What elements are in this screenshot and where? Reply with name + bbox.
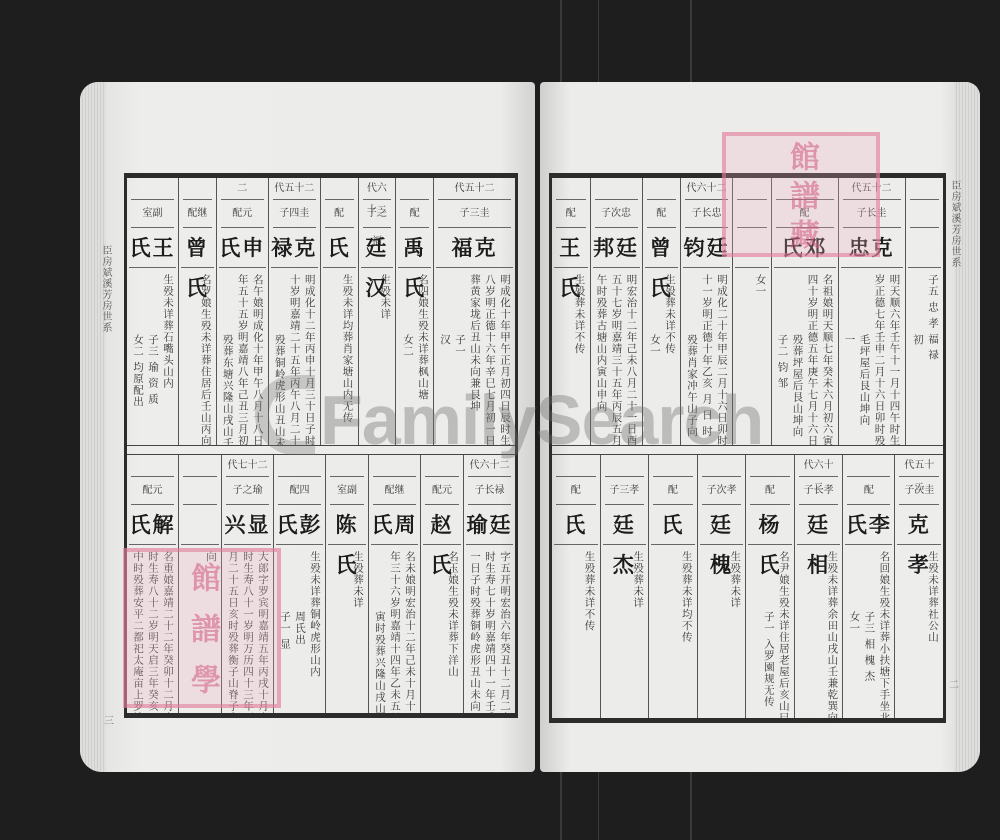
person-name: 显兴 bbox=[224, 505, 271, 545]
relation-label: 配 bbox=[556, 477, 596, 505]
relation-label bbox=[183, 477, 217, 505]
biography-line: 十一岁明正德十年乙亥 月 日 时 bbox=[700, 274, 713, 439]
relation-label: 配元 bbox=[425, 477, 459, 505]
biography-text: 字五开明宏治六年癸丑十二月二十一日辰时生寿七十岁明嘉靖四十一年壬戌三月初一日子时… bbox=[464, 545, 515, 713]
right-bottom-row: 代五十二子次圭克孝生殁未详葬社公山配李氏名回娘生殁未详葬小扶塘下手坐北朝南子三 … bbox=[552, 454, 943, 718]
biography-text: 明成化十二年丙申十月三十日子时生寿七十岁明嘉靖二十五年丙午八月二十日巳时殁葬铜岭… bbox=[269, 268, 320, 445]
biography-line: 午时殁葬古塘山内寅山申向 bbox=[595, 274, 608, 439]
biography-line: 子三 瑜 资 质 bbox=[146, 334, 159, 439]
biography-line: 向 bbox=[204, 551, 217, 707]
generation-label bbox=[330, 455, 364, 477]
biography-line: 生殁葬未详不传 bbox=[583, 551, 596, 712]
left-genealogy-table: 代五十二子三圭克福明成化十年甲午正月初四日辰时生年四十八岁明正德十六年辛巳七月初… bbox=[124, 173, 518, 718]
left-page-number: 三 bbox=[104, 712, 114, 727]
relation-label: 配 bbox=[653, 477, 693, 505]
relation-label: 子次忠 bbox=[595, 200, 638, 228]
person-name: 廷邦 bbox=[593, 228, 640, 268]
genealogy-entry: 代六十二子长孝廷相生殁未详葬余田山戌山壬兼乾巽向 bbox=[794, 455, 843, 718]
genealogy-entry: 代六十二子长禄廷瑜字五开明宏治六年癸丑十二月二十一日辰时生寿七十岁明嘉靖四十一年… bbox=[463, 455, 515, 713]
relation-label: 子次圭 bbox=[899, 477, 939, 505]
biography-text: 名祖娘明天顺七年癸未六月初六寅时生年四十岁明正德五年庚午七月十六日戌时殁殁葬坪屋… bbox=[772, 268, 838, 445]
genealogy-entry: 子三孝廷杰生殁葬未详 bbox=[600, 455, 649, 718]
relation-label: 子之瑜 bbox=[226, 477, 269, 505]
generation-label: 代六十二 bbox=[685, 178, 728, 200]
biography-text: 生殁葬未详 bbox=[698, 545, 746, 718]
biography-text: 生殁葬未详不传 bbox=[552, 545, 600, 718]
generation-label: 代六十二 bbox=[363, 178, 392, 200]
person-name: 禹氏 bbox=[398, 228, 431, 268]
biography-text: 明天顺六年壬午十一月十四午时生年五十岁正德七年壬申二月十六日卯时殁葬小水毛坪屋后… bbox=[839, 268, 905, 445]
person-name: 廷瑜 bbox=[466, 505, 513, 545]
generation-label bbox=[278, 455, 321, 477]
biography-line: 生殁未详葬余田山戌山壬兼乾巽向 bbox=[825, 551, 838, 712]
generation-label bbox=[183, 178, 212, 200]
biography-text: 生殁葬未详均不传 bbox=[649, 545, 697, 718]
relation-label: 配 bbox=[400, 200, 429, 228]
biography-line: 子一 入罗園规无传 bbox=[762, 611, 775, 712]
genealogy-entry: 代五十二子三圭克福明成化十年甲午正月初四日辰时生年四十八岁明正德十六年辛巳七月初… bbox=[433, 178, 515, 445]
generation-label bbox=[702, 455, 742, 477]
generation-label bbox=[131, 455, 174, 477]
generation-label bbox=[750, 455, 790, 477]
biography-text: 女一 bbox=[733, 268, 771, 445]
genealogy-entry: 配邓氏名祖娘明天顺七年癸未六月初六寅时生年四十岁明正德五年庚午七月十六日戌时殁殁… bbox=[771, 178, 838, 445]
person-name: 杨氏 bbox=[748, 505, 792, 545]
biography-line: 字五开明宏治六年癸丑十二月二十一日辰 bbox=[498, 551, 511, 707]
generation-label: 代五十二 bbox=[438, 178, 511, 200]
relation-label: 配 bbox=[556, 200, 586, 228]
person-name bbox=[908, 228, 942, 268]
relation-label bbox=[910, 200, 940, 228]
generation-label: 代六十二 bbox=[799, 455, 839, 477]
biography-line: 岁正德七年壬申二月十六日卯时殁葬小水 bbox=[873, 274, 886, 439]
biography-line: 毛坪屋后艮山坤向 bbox=[858, 334, 871, 439]
biography-line: 子一 显 bbox=[278, 611, 291, 707]
biography-line: 殁葬东塘兴隆山戌山壬向 bbox=[221, 334, 234, 439]
biography-line: 生殁葬未详不传 bbox=[573, 274, 586, 439]
person-name: 克忠 bbox=[841, 228, 903, 268]
biography-text: 大郎字罗宾明嘉靖五年丙戌十月十八日虎时生寿八十一岁明万历四十三年丙午十二月二十五… bbox=[222, 545, 273, 713]
person-name: 赵氏 bbox=[423, 505, 461, 545]
biography-line: 女一 bbox=[847, 611, 860, 712]
biography-line: 殁葬铜岭虎形山丑山未向 bbox=[273, 334, 286, 439]
generation-label bbox=[605, 455, 645, 477]
biography-text: 明成化十年甲午正月初四日辰时生年四十八岁明正德十六年辛巳七月初一日戌时殁葬黄家垅… bbox=[434, 268, 515, 445]
biography-text: 名尹娘生殁未详住居老屋后亥山巳向子一 入罗園规无传 bbox=[746, 545, 794, 718]
generation-label: 代五十二 bbox=[843, 178, 901, 200]
biography-line: 名回娘生殁未详葬小扶塘下手坐北朝南 bbox=[877, 551, 890, 712]
biography-line: 子五 忠 孝 福 禄 bbox=[926, 274, 939, 439]
biography-line: 子一 bbox=[453, 334, 466, 439]
genealogy-entry: 代五十二子四圭克禄明成化十二年丙申十月三十日子时生寿七十岁明嘉靖二十五年丙午八月… bbox=[268, 178, 320, 445]
left-top-row: 代五十二子三圭克福明成化十年甲午正月初四日辰时生年四十八岁明正德十六年辛巳七月初… bbox=[127, 178, 515, 446]
biography-line: 生殁未详 bbox=[378, 274, 391, 439]
relation-label: 配继 bbox=[373, 477, 416, 505]
generation-label bbox=[556, 178, 586, 200]
right-top-row: 子五 忠 孝 福 禄初代五十二子长圭克忠明天顺六年壬午十一月十四午时生年五十岁正… bbox=[552, 178, 943, 446]
biography-text: 生殁未详葬铜岭虎形山内周氏出子一 显 bbox=[274, 545, 325, 713]
biography-text: 生殁葬未详不传女一 bbox=[643, 268, 681, 445]
biography-line: 明天顺六年壬午十一月十四午时生年五十 bbox=[888, 274, 901, 439]
biography-line: 生殁葬未详 bbox=[351, 551, 364, 707]
biography-line: 殁葬坪屋后艮山坤向 bbox=[791, 334, 804, 439]
biography-line: 名午娘明成化十年甲午八月十八日丑时生 bbox=[251, 274, 264, 439]
biography-line: 时生寿七十岁明嘉靖四十一年壬戌三月初 bbox=[483, 551, 496, 707]
relation-label: 子之福 bbox=[363, 200, 392, 228]
person-name: 解氏 bbox=[129, 505, 176, 545]
biography-line: 女二 bbox=[401, 334, 414, 439]
biography-text: 生殁未详葬社公山 bbox=[895, 545, 943, 718]
relation-label: 配 bbox=[647, 200, 677, 228]
biography-text: 生殁未详葬余田山戌山壬兼乾巽向 bbox=[795, 545, 843, 718]
biography-line: 明成化十年甲午正月初四日辰时生年四十 bbox=[498, 274, 511, 439]
genealogy-entry: 配继周氏名未娘明宏治十二年己未十月十五午时生年三十六岁明嘉靖十四年乙未五月十八日… bbox=[368, 455, 420, 713]
person-name bbox=[181, 505, 219, 545]
biography-line: 明成化二十年甲辰二月十六日卯时生年三 bbox=[715, 274, 728, 439]
biography-line: 生殁未详均葬肖家塘山内无传 bbox=[341, 274, 354, 439]
biography-text: 名未娘明宏治十二年己未十月十五午时生年三十六岁明嘉靖十四年乙未五月十八日寅时殁葬… bbox=[369, 545, 420, 713]
biography-text: 生殁未详葬石嘴头山内子三 瑜 资 质女二 均原配出 bbox=[127, 268, 178, 445]
biography-line: 名罗娘生殁未详葬住居后壬山丙向 bbox=[199, 274, 212, 439]
biography-text: 生殁葬未详 bbox=[326, 545, 368, 713]
biography-text: 名罗娘生殁未详葬住居后壬山丙向 bbox=[179, 268, 216, 445]
generation-label bbox=[647, 178, 677, 200]
biography-line: 年五十五岁明嘉靖八年己丑三月初五酉时 bbox=[236, 274, 249, 439]
generation-label bbox=[847, 455, 890, 477]
biography-line: 月二十五日亥时殁葬衡子山脊子穴丑山未 bbox=[226, 551, 239, 707]
biography-line: 葬黄家垅后丑山未向兼艮坤 bbox=[468, 274, 481, 439]
person-name: 廷钧 bbox=[683, 228, 730, 268]
generation-label bbox=[400, 178, 429, 200]
genealogy-entry: 配杨氏名尹娘生殁未详住居老屋后亥山巳向子一 入罗園规无传 bbox=[745, 455, 794, 718]
biography-text: 生殁未详均葬肖家塘山内无传 bbox=[321, 268, 358, 445]
person-name: 克禄 bbox=[271, 228, 318, 268]
biography-text: 生殁葬未详不传 bbox=[552, 268, 590, 445]
genealogy-entry: 代六十二子之福廷汉生殁未详 bbox=[358, 178, 396, 445]
genealogy-entry: 向 bbox=[178, 455, 221, 713]
person-name: 廷杰 bbox=[603, 505, 647, 545]
biography-line: 子三 相 槐 杰 bbox=[862, 611, 875, 712]
biography-line: 明宏治十二年己未八月二十一日酉时生年 bbox=[625, 274, 638, 439]
person-name bbox=[735, 228, 769, 268]
biography-line: 四十岁明正德五年庚午七月十六日戌时殁 bbox=[806, 274, 819, 439]
genealogy-entry: 配元解氏名重娘嘉靖二十二年癸卯十二月十五日酉时生寿八十二岁明天启三年癸亥三月初九… bbox=[127, 455, 178, 713]
person-name: 王氏 bbox=[129, 228, 176, 268]
biography-line: 生殁未详葬石嘴头山内 bbox=[161, 274, 174, 439]
biography-line: 初 bbox=[911, 334, 924, 439]
biography-text: 名午娘明成化十年甲午八月十八日丑时生年五十五岁明嘉靖八年己丑三月初五酉时殁葬东塘… bbox=[217, 268, 268, 445]
person-name: 申氏 bbox=[219, 228, 266, 268]
biography-text: 生殁葬未详 bbox=[601, 545, 649, 718]
biography-text: 名回娘生殁未详葬小扶塘下手坐北朝南子三 相 槐 杰女一 bbox=[843, 545, 894, 718]
biography-text: 名重娘嘉靖二十二年癸卯十二月十五日酉时生寿八十二岁明天启三年癸亥三月初九中时殁葬… bbox=[127, 545, 178, 713]
biography-line: 八岁明正德十六年辛巳七月初一日戌时殁 bbox=[483, 274, 496, 439]
biography-line: 生殁葬未详 bbox=[728, 551, 741, 712]
biography-text: 明成化二十年甲辰二月十六日卯时生年三十一岁明正德十年乙亥 月 日 时殁葬肖家冲午… bbox=[681, 268, 732, 445]
person-name: 克孝 bbox=[897, 505, 941, 545]
biography-line: 中时殁葬安平二都祀太庵亩上罗塘屋后乾 bbox=[131, 551, 144, 707]
relation-label: 配继 bbox=[183, 200, 212, 228]
biography-text: 向 bbox=[179, 545, 221, 713]
biography-line: 生殁葬未详均不传 bbox=[680, 551, 693, 712]
generation-label: 代七十二 bbox=[226, 455, 269, 477]
biography-line: 汉 bbox=[438, 334, 451, 439]
generation-label bbox=[910, 178, 940, 200]
person-name: 邓氏 bbox=[774, 228, 836, 268]
biography-line: 寅时殁葬兴隆山戌山壬向 bbox=[373, 611, 386, 707]
genealogy-entry: 代七十二子之瑜显兴大郎字罗宾明嘉靖五年丙戌十月十八日虎时生寿八十一岁明万历四十三… bbox=[221, 455, 273, 713]
generation-label bbox=[183, 455, 217, 477]
biography-line: 名祖娘明天顺七年癸未六月初六寅时生年 bbox=[821, 274, 834, 439]
relation-label: 配元 bbox=[131, 477, 174, 505]
biography-text: 生殁未详 bbox=[359, 268, 396, 445]
generation-label bbox=[653, 455, 693, 477]
generation-label bbox=[556, 455, 596, 477]
genealogy-entry: 子次忠廷邦明宏治十二年己未八月二十一日酉时生年五十七岁明嘉靖三十五年丙辰五月十六… bbox=[590, 178, 642, 445]
person-name: 陈氏 bbox=[328, 505, 366, 545]
biography-line: 女二 均原配出 bbox=[131, 334, 144, 439]
biography-line: 明成化十二年丙申十月三十日子时生寿七 bbox=[303, 274, 316, 439]
person-name: 李氏 bbox=[845, 505, 892, 545]
genealogy-entry: 代五十二子次圭克孝生殁未详葬社公山 bbox=[894, 455, 943, 718]
person-name: 王氏 bbox=[554, 228, 588, 268]
genealogy-entry: 配氏生殁葬未详均不传 bbox=[648, 455, 697, 718]
person-name: 曾氏 bbox=[181, 228, 214, 268]
biography-line: 年三十六岁明嘉靖十四年乙未五月十八日 bbox=[388, 551, 401, 707]
generation-label: 代五十二 bbox=[899, 455, 939, 477]
right-genealogy-table: 子五 忠 孝 福 禄初代五十二子长圭克忠明天顺六年壬午十一月十四午时生年五十岁正… bbox=[549, 173, 946, 723]
generation-label bbox=[325, 178, 354, 200]
relation-label: 配 bbox=[847, 477, 890, 505]
biography-line: 名四娘生殁未详葬枫山塘 bbox=[416, 274, 429, 439]
genealogy-entry: 室副王氏生殁未详葬石嘴头山内子三 瑜 资 质女二 均原配出 bbox=[127, 178, 178, 445]
genealogy-entry: 女一 bbox=[732, 178, 771, 445]
person-name: 彭氏 bbox=[276, 505, 323, 545]
relation-label: 子次孝 bbox=[702, 477, 742, 505]
person-name: 克福 bbox=[436, 228, 513, 268]
genealogy-entry: 配四彭氏生殁未详葬铜岭虎形山内周氏出子一 显 bbox=[273, 455, 325, 713]
relation-label: 子三圭 bbox=[438, 200, 511, 228]
right-page-number: 二 bbox=[949, 676, 959, 691]
genealogy-entry: 配曾氏生殁葬未详不传女一 bbox=[642, 178, 681, 445]
generation-label bbox=[737, 178, 767, 200]
genealogy-entry: 配氏生殁葬未详不传 bbox=[552, 455, 600, 718]
genealogy-entry: 室副陈氏生殁葬未详 bbox=[325, 455, 368, 713]
biography-line: 时生寿八十二岁明天启三年癸亥三月初九 bbox=[146, 551, 159, 707]
biography-text: 名四娘生殁未详葬枫山塘女二 bbox=[396, 268, 433, 445]
relation-label: 子长圭 bbox=[843, 200, 901, 228]
biography-line: 殁葬肖家冲午山子向 bbox=[685, 334, 698, 439]
relation-label bbox=[737, 200, 767, 228]
biography-line: 周氏出 bbox=[293, 611, 306, 707]
biography-line: 名未娘明宏治十二年己未十月十五午时生 bbox=[403, 551, 416, 707]
biography-line: 名玉娘生殁未详葬下洋山 bbox=[446, 551, 459, 707]
generation-label bbox=[425, 455, 459, 477]
relation-label: 配 bbox=[325, 200, 354, 228]
relation-label: 配 bbox=[750, 477, 790, 505]
generation-label bbox=[131, 178, 174, 200]
relation-label: 室副 bbox=[131, 200, 174, 228]
biography-line: 子二 钧 邹 bbox=[776, 334, 789, 439]
generation-label bbox=[595, 178, 638, 200]
person-name: 廷汉 bbox=[361, 228, 394, 268]
generation-label: 代五十二 bbox=[273, 178, 316, 200]
biography-line: 生殁未详葬社公山 bbox=[926, 551, 939, 712]
biography-line: 五十七岁明嘉靖三十五年丙辰五月十六日 bbox=[610, 274, 623, 439]
biography-text: 明宏治十二年己未八月二十一日酉时生年五十七岁明嘉靖三十五年丙辰五月十六日午时殁葬… bbox=[591, 268, 642, 445]
person-name: 氏 bbox=[554, 505, 598, 545]
relation-label: 配四 bbox=[278, 477, 321, 505]
right-margin-title: 臣房斌溪芳房世系 bbox=[947, 180, 962, 268]
person-name: 廷槐 bbox=[700, 505, 744, 545]
generation-label: 二 bbox=[221, 178, 264, 200]
genealogy-entry: 配氏生殁未详均葬肖家塘山内无传 bbox=[320, 178, 358, 445]
person-name: 曾氏 bbox=[645, 228, 679, 268]
genealogy-entry: 二配元申氏名午娘明成化十年甲午八月十八日丑时生年五十五岁明嘉靖八年己丑三月初五酉… bbox=[216, 178, 268, 445]
genealogy-entry: 代五十二子长圭克忠明天顺六年壬午十一月十四午时生年五十岁正德七年壬申二月十六日卯… bbox=[838, 178, 905, 445]
generation-label bbox=[373, 455, 416, 477]
person-name: 周氏 bbox=[371, 505, 418, 545]
biography-line: 生殁葬未详不传 bbox=[663, 274, 676, 439]
biography-line: 女一 bbox=[754, 274, 767, 439]
genealogy-entry: 配元赵氏名玉娘生殁未详葬下洋山 bbox=[420, 455, 463, 713]
biography-line: 生殁葬未详 bbox=[631, 551, 644, 712]
left-margin-title: 臣房斌溪芳房世系 bbox=[98, 245, 113, 333]
page-edge bbox=[80, 82, 106, 772]
relation-label: 配 bbox=[776, 200, 834, 228]
biography-line: 大郎字罗宾明嘉靖五年丙戌十月十八日虎 bbox=[256, 551, 269, 707]
biography-line: 时生寿八十一岁明万历四十三年丙午十二 bbox=[241, 551, 254, 707]
relation-label: 子长禄 bbox=[468, 477, 511, 505]
left-bottom-row: 代六十二子长禄廷瑜字五开明宏治六年癸丑十二月二十一日辰时生寿七十岁明嘉靖四十一年… bbox=[127, 454, 515, 713]
genealogy-entry: 子五 忠 孝 福 禄初 bbox=[905, 178, 944, 445]
genealogy-entry: 代六十二子长忠廷钧明成化二十年甲辰二月十六日卯时生年三十一岁明正德十年乙亥 月 … bbox=[680, 178, 732, 445]
biography-text: 子五 忠 孝 福 禄初 bbox=[906, 268, 944, 445]
person-name: 廷相 bbox=[797, 505, 841, 545]
person-name: 氏 bbox=[323, 228, 356, 268]
relation-label: 子长孝 bbox=[799, 477, 839, 505]
biography-text: 名玉娘生殁未详葬下洋山 bbox=[421, 545, 463, 713]
biography-line: 十岁明嘉靖二十五年丙午八月二十日巳时 bbox=[288, 274, 301, 439]
relation-label: 室副 bbox=[330, 477, 364, 505]
biography-line: 女一 bbox=[648, 334, 661, 439]
relation-label: 子长忠 bbox=[685, 200, 728, 228]
genealogy-entry: 配王氏生殁葬未详不传 bbox=[552, 178, 590, 445]
genealogy-entry: 配禹氏名四娘生殁未详葬枫山塘女二 bbox=[395, 178, 433, 445]
biography-line: 一日子时殁葬铜岭虎形丑山未向 bbox=[468, 551, 481, 707]
relation-label: 子四圭 bbox=[273, 200, 316, 228]
genealogy-entry: 配继曾氏名罗娘生殁未详葬住居后壬山丙向 bbox=[178, 178, 216, 445]
generation-label: 代六十二 bbox=[468, 455, 511, 477]
relation-label: 配元 bbox=[221, 200, 264, 228]
relation-label: 子三孝 bbox=[605, 477, 645, 505]
genealogy-entry: 子次孝廷槐生殁葬未详 bbox=[697, 455, 746, 718]
person-name: 氏 bbox=[651, 505, 695, 545]
biography-line: 一 bbox=[843, 334, 856, 439]
generation-label bbox=[776, 178, 834, 200]
biography-line: 生殁未详葬铜岭虎形山内 bbox=[308, 551, 321, 707]
biography-line: 名重娘嘉靖二十二年癸卯十二月十五日酉 bbox=[161, 551, 174, 707]
biography-line: 名尹娘生殁未详住居老屋后亥山巳向 bbox=[777, 551, 790, 712]
genealogy-entry: 配李氏名回娘生殁未详葬小扶塘下手坐北朝南子三 相 槐 杰女一 bbox=[842, 455, 894, 718]
